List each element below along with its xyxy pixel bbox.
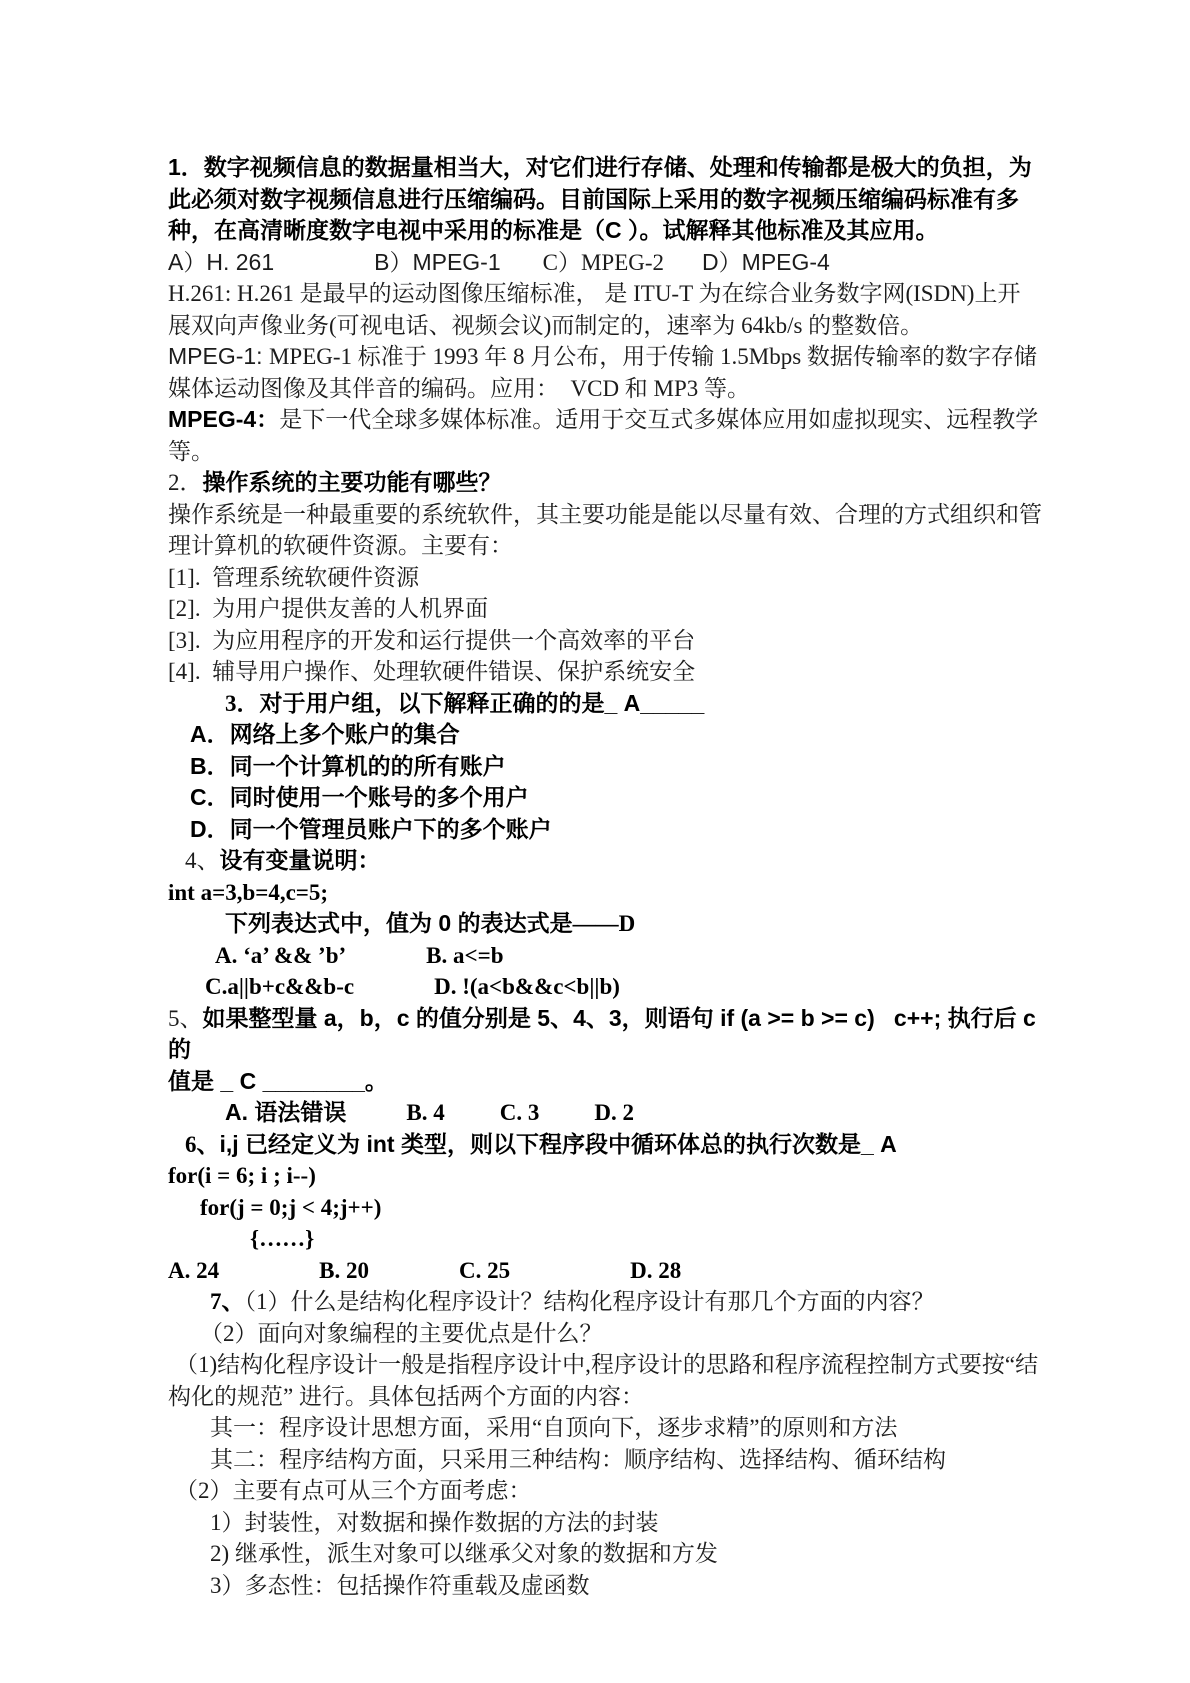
text-line: 5、如果整型量 a，b，c 的值分别是 5、4、3，则语句 if (a >= b…: [168, 1003, 1048, 1066]
text-run: 1．数字视频信息的数据量相当大，对它们进行存储、处理和传输都是极大的负担，为: [168, 154, 1032, 180]
text-line: [1]. 管理系统软硬件资源: [168, 562, 1048, 594]
text-run: （2）主要有点可从三个方面考虑：: [175, 1478, 532, 1503]
text-run: 是下一代全球多媒体标准。适用于交互式多媒体应用如虚拟现实、远程教学等。: [168, 407, 1038, 464]
text-line: 6、i,j 已经定义为 int 类型，则以下程序段中循环体总的执行次数是_ A: [168, 1129, 1048, 1161]
text-line: 下列表达式中，值为 0 的表达式是——D: [168, 908, 1048, 940]
text-run: B. 20: [319, 1258, 369, 1283]
text-line: for(j = 0;j < 4;j++): [168, 1192, 1048, 1224]
text-run: D. 2: [594, 1100, 634, 1125]
text-run: 5、: [168, 1006, 203, 1031]
text-run: 下列表达式中，值为 0 的表达式是: [225, 910, 573, 936]
text-run: [4]. 辅导用户操作、处理软硬件错误、保护系统安全: [168, 659, 695, 684]
text-run: H.261: H.261 是最早的运动图像压缩标准， 是 ITU-T 为在综合业…: [168, 281, 1020, 306]
text-run: D）MPEG-4: [702, 249, 830, 275]
document-page: 1．数字视频信息的数据量相当大，对它们进行存储、处理和传输都是极大的负担，为此必…: [0, 0, 1190, 1683]
text-run: 构化的规范” 进行。具体包括两个方面的内容：: [168, 1384, 644, 1409]
text-run: for(j = 0;j < 4;j++): [200, 1195, 381, 1220]
text-run: 7、: [210, 1289, 245, 1314]
text-run: 展双向声像业务(可视电话、视频会议)而制定的，速率为 64kb/s 的整数倍。: [168, 313, 923, 338]
text-line: 理计算机的软硬件资源。主要有：: [168, 530, 1048, 562]
text-run: A. 24: [168, 1258, 219, 1283]
text-line: for(i = 6; i ; i--): [168, 1160, 1048, 1192]
text-line: H.261: H.261 是最早的运动图像压缩标准， 是 ITU-T 为在综合业…: [168, 278, 1048, 310]
text-run: ——D: [573, 911, 636, 936]
text-run: C）MPEG-2: [543, 250, 664, 275]
text-run: 设有变量说明：: [220, 847, 381, 873]
text-run: A. ‘a’ && ’b’: [215, 943, 346, 968]
text-run: 其二：程序结构方面，只采用三种结构：顺序结构、选择结构、循环结构: [210, 1447, 946, 1472]
text-line: MPEG-1: MPEG-1 标准于 1993 年 8 月公布，用于传输 1.5…: [168, 341, 1048, 373]
text-line: （1)结构化程序设计一般是指程序设计中,程序设计的思路和程序流程控制方式要按“结: [168, 1349, 1048, 1381]
text-run: D. !(a<b&&c<b||b): [434, 974, 620, 999]
text-run: [1]. 管理系统软硬件资源: [168, 565, 419, 590]
document-body: 1．数字视频信息的数据量相当大，对它们进行存储、处理和传输都是极大的负担，为此必…: [168, 152, 1048, 1601]
text-run: C．同时使用一个账号的多个用户: [190, 784, 529, 810]
text-run: 理计算机的软硬件资源。主要有：: [168, 533, 513, 558]
text-run: 3）多态性：包括操作符重载及虚函数: [210, 1573, 590, 1598]
text-run: （2）面向对象编程的主要优点是什么？: [200, 1321, 603, 1346]
text-run: 操作系统是一种最重要的系统软件，其主要功能是能以尽量有效、合理的方式组织和管: [168, 502, 1042, 527]
text-run: 此必须对数字视频信息进行压缩编码。目前国际上采用的数字视频压缩编码标准有多: [168, 186, 1019, 212]
text-line: A. ‘a’ && ’b’B. a<=b: [168, 940, 1048, 972]
text-run: 4、: [185, 848, 220, 873]
text-run: C.a||b+c&&b-c: [205, 974, 354, 999]
text-run: 2．: [168, 470, 203, 495]
text-line: 媒体运动图像及其伴音的编码。应用： VCD 和 MP3 等。: [168, 373, 1048, 405]
text-line: MPEG-4：是下一代全球多媒体标准。适用于交互式多媒体应用如虚拟现实、远程教学…: [168, 404, 1048, 467]
text-line: （2）面向对象编程的主要优点是什么？: [168, 1318, 1048, 1350]
text-line: 2) 继承性，派生对象可以继承父对象的数据和方发: [168, 1538, 1048, 1570]
text-line: 其二：程序结构方面，只采用三种结构：顺序结构、选择结构、循环结构: [168, 1444, 1048, 1476]
text-line: A. 语法错误B. 4C. 3D. 2: [168, 1097, 1048, 1129]
text-line: 3）多态性：包括操作符重载及虚函数: [168, 1570, 1048, 1602]
text-run: for(i = 6; i ; i--): [168, 1163, 316, 1188]
text-run: A．网络上多个账户的集合: [190, 721, 460, 747]
text-line: 构化的规范” 进行。具体包括两个方面的内容：: [168, 1381, 1048, 1413]
text-run: （1)结构化程序设计一般是指程序设计中,程序设计的思路和程序流程控制方式要按“结: [175, 1352, 1038, 1377]
text-line: 种，在高清晰度数字电视中采用的标准是（C ）。试解释其他标准及其应用。: [168, 215, 1048, 247]
text-run: [2]. 为用户提供友善的人机界面: [168, 596, 488, 621]
text-run: D．同一个管理员账户下的多个账户: [190, 816, 552, 842]
text-run: B．同一个计算机的的所有账户: [190, 753, 506, 779]
text-line: {……}: [168, 1223, 1048, 1255]
text-line: 展双向声像业务(可视电话、视频会议)而制定的，速率为 64kb/s 的整数倍。: [168, 310, 1048, 342]
text-run: {……}: [250, 1226, 314, 1251]
text-run: B）MPEG-1: [374, 249, 501, 275]
text-line: 操作系统是一种最重要的系统软件，其主要功能是能以尽量有效、合理的方式组织和管: [168, 499, 1048, 531]
text-run: （1）什么是结构化程序设计？结构化程序设计有那几个方面的内容？: [245, 1289, 935, 1314]
text-line: A）H. 261B）MPEG-1C）MPEG-2D）MPEG-4: [168, 247, 1048, 279]
text-line: [2]. 为用户提供友善的人机界面: [168, 593, 1048, 625]
text-run: 6、: [185, 1132, 220, 1157]
text-run: 其一：程序设计思想方面，采用“自顶向下，逐步求精”的原则和方法: [210, 1415, 897, 1440]
text-run: C. 3: [500, 1100, 540, 1125]
text-line: 3．对于用户组，以下解释正确的的是_ A_____: [168, 688, 1048, 720]
text-run: 对于用户组，以下解释正确的的是_ A_____: [260, 690, 705, 716]
text-line: C.a||b+c&&b-cD. !(a<b&&c<b||b): [168, 971, 1048, 1003]
text-run: 操作系统的主要功能有哪些？: [203, 469, 502, 495]
text-run: C. 25: [459, 1258, 510, 1283]
text-run: 如果整型量: [203, 1005, 318, 1031]
text-run: B. a<=b: [426, 943, 503, 968]
text-line: 1）封装性，对数据和操作数据的方法的封装: [168, 1507, 1048, 1539]
text-line: 1．数字视频信息的数据量相当大，对它们进行存储、处理和传输都是极大的负担，为: [168, 152, 1048, 184]
text-run: MPEG-1:: [168, 343, 269, 369]
text-line: （2）主要有点可从三个方面考虑：: [168, 1475, 1048, 1507]
text-run: 种，在高清晰度数字电视中采用的标准是（C ）。试解释其他标准及其应用。: [168, 217, 939, 243]
text-line: 此必须对数字视频信息进行压缩编码。目前国际上采用的数字视频压缩编码标准有多: [168, 184, 1048, 216]
text-run: 值是 _ C ________。: [168, 1068, 388, 1094]
text-run: B. 4: [406, 1100, 444, 1125]
text-line: 2．操作系统的主要功能有哪些？: [168, 467, 1048, 499]
text-line: int a=3,b=4,c=5;: [168, 877, 1048, 909]
text-run: A）H. 261: [168, 249, 274, 275]
text-line: 其一：程序设计思想方面，采用“自顶向下，逐步求精”的原则和方法: [168, 1412, 1048, 1444]
text-run: D. 28: [630, 1258, 681, 1283]
text-line: 值是 _ C ________。: [168, 1066, 1048, 1098]
text-line: C．同时使用一个账号的多个用户: [168, 782, 1048, 814]
text-line: 7、（1）什么是结构化程序设计？结构化程序设计有那几个方面的内容？: [168, 1286, 1048, 1318]
text-run: 1）封装性，对数据和操作数据的方法的封装: [210, 1510, 659, 1535]
text-line: A. 24B. 20C. 25D. 28: [168, 1255, 1048, 1287]
text-run: 2) 继承性，派生对象可以继承父对象的数据和方发: [210, 1541, 718, 1566]
text-run: i,j 已经定义为 int 类型，则以下程序段中循环体总的执行次数是_ A: [220, 1131, 897, 1157]
text-run: MPEG-4：: [168, 406, 279, 432]
text-run: MPEG-1 标准于 1993 年 8 月公布，用于传输 1.5Mbps 数据传…: [269, 344, 1037, 369]
text-run: 媒体运动图像及其伴音的编码。应用： VCD 和 MP3 等。: [168, 376, 750, 401]
text-line: [4]. 辅导用户操作、处理软硬件错误、保护系统安全: [168, 656, 1048, 688]
text-run: [3]. 为应用程序的开发和运行提供一个高效率的平台: [168, 628, 695, 653]
text-line: A．网络上多个账户的集合: [168, 719, 1048, 751]
text-run: int a=3,b=4,c=5;: [168, 880, 328, 905]
text-line: [3]. 为应用程序的开发和运行提供一个高效率的平台: [168, 625, 1048, 657]
text-line: B．同一个计算机的的所有账户: [168, 751, 1048, 783]
text-run: A. 语法错误: [225, 1099, 346, 1125]
text-line: D．同一个管理员账户下的多个账户: [168, 814, 1048, 846]
text-run: 3．: [225, 691, 260, 716]
text-line: 4、设有变量说明：: [168, 845, 1048, 877]
